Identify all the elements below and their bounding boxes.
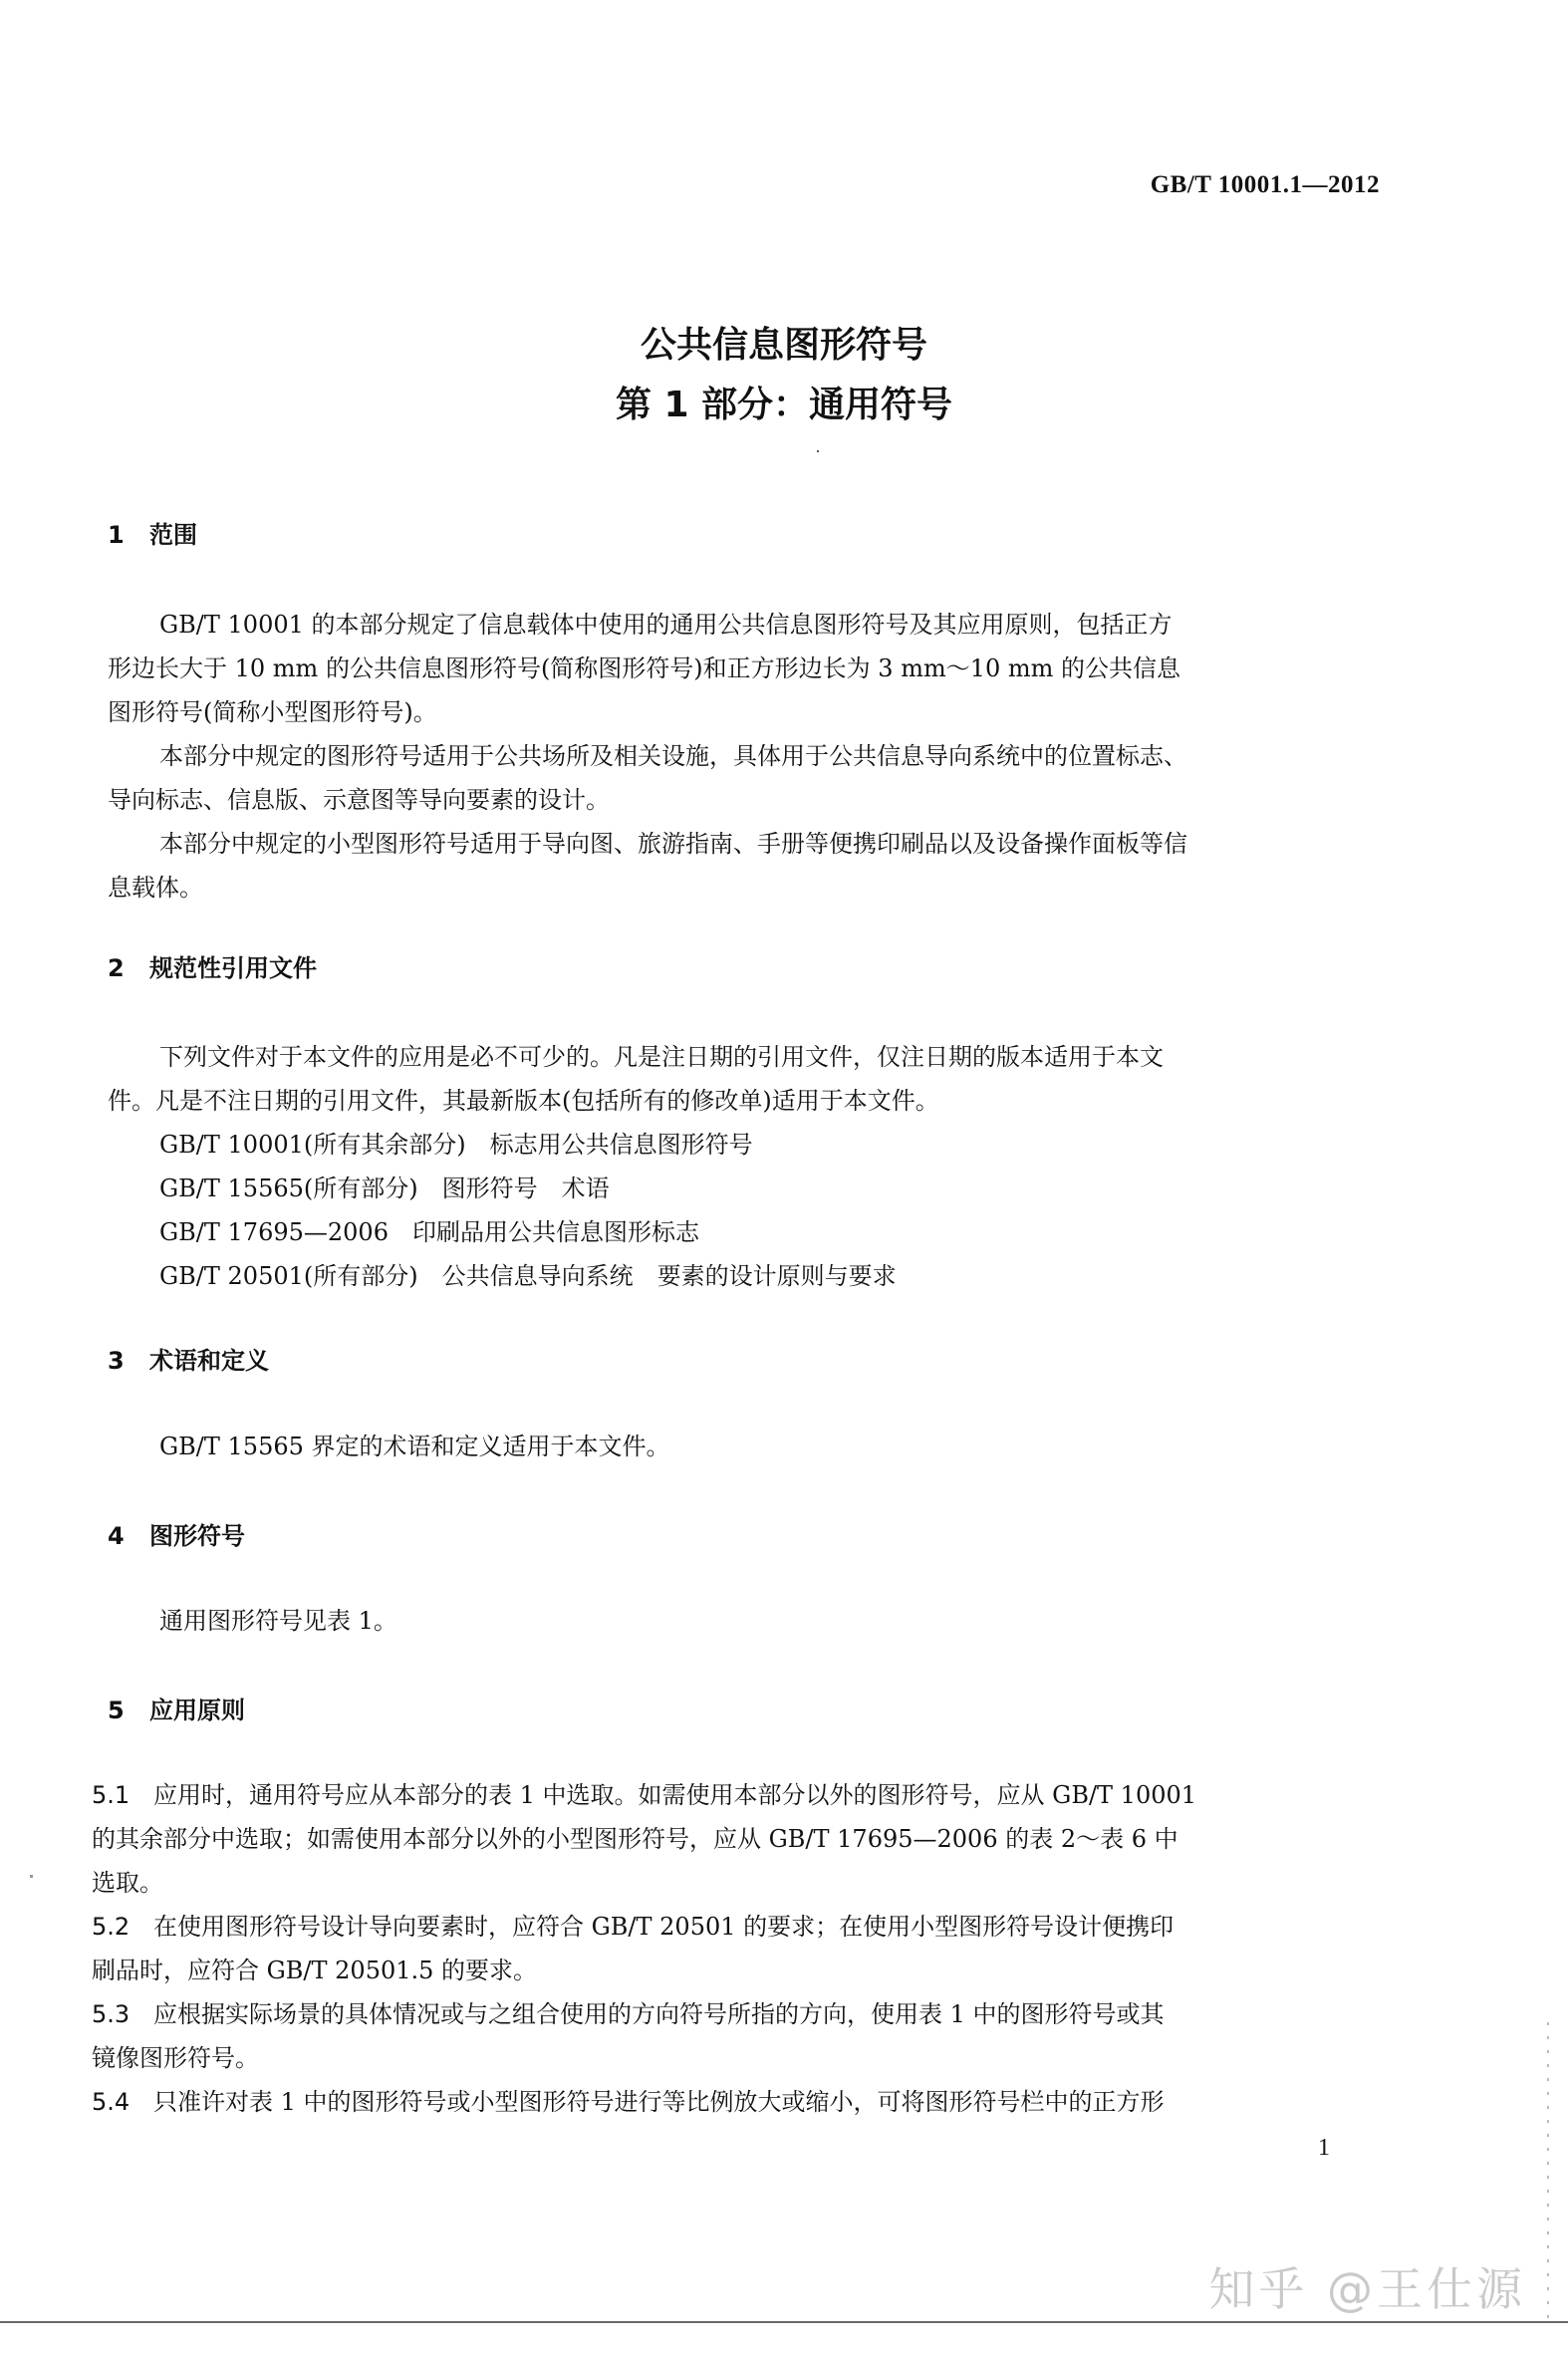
clause-number: 5.1: [92, 1781, 153, 1809]
scan-edge-artifact: [1547, 2022, 1549, 2321]
clause-5-4: 5.4只准许对表 1 中的图形符号或小型图形符号进行等比例放大或缩小，可将图形符…: [92, 2082, 1165, 2117]
watermark: 知乎 @王仕源: [1208, 2253, 1526, 2319]
section-heading-3: 3术语和定义: [108, 1341, 269, 1376]
clause-line: 选取。: [92, 1863, 163, 1898]
clause-line: 刷品时，应符合 GB/T 20501.5 的要求。: [92, 1951, 537, 1985]
section-title: 应用原则: [149, 1697, 245, 1724]
paragraph-line: 通用图形符号见表 1。: [159, 1601, 397, 1636]
clause-line: 在使用图形符号设计导向要素时，应符合 GB/T 20501 的要求；在使用小型图…: [153, 1913, 1174, 1941]
section-number: 1: [108, 521, 149, 549]
clause-5-1: 5.1应用时，通用符号应从本部分的表 1 中选取。如需使用本部分以外的图形符号，…: [92, 1775, 1196, 1810]
clause-line: 只准许对表 1 中的图形符号或小型图形符号进行等比例放大或缩小，可将图形符号栏中…: [153, 2088, 1165, 2116]
section-heading-4: 4图形符号: [108, 1516, 245, 1551]
section-heading-2: 2规范性引用文件: [108, 948, 317, 983]
page-bottom-edge: [0, 2321, 1568, 2323]
paragraph-line: 形边长大于 10 mm 的公共信息图形符号(简称图形符号)和正方形边长为 3 m…: [108, 649, 1180, 683]
section-number: 3: [108, 1347, 149, 1375]
paragraph-line: 下列文件对于本文件的应用是必不可少的。凡是注日期的引用文件，仅注日期的版本适用于…: [159, 1037, 1164, 1072]
document-title: 公共信息图形符号: [0, 317, 1568, 368]
paragraph-line: GB/T 10001 的本部分规定了信息载体中使用的通用公共信息图形符号及其应用…: [159, 605, 1173, 640]
paragraph-line: 本部分中规定的图形符号适用于公共场所及相关设施，具体用于公共信息导向系统中的位置…: [159, 736, 1187, 771]
section-title: 规范性引用文件: [149, 954, 317, 982]
clause-number: 5.2: [92, 1913, 153, 1941]
standard-code: GB/T 10001.1—2012: [1151, 171, 1380, 199]
clause-number: 5.3: [92, 2000, 153, 2028]
paragraph-line: 件。凡是不注日期的引用文件，其最新版本(包括所有的修改单)适用于本文件。: [108, 1081, 939, 1116]
section-heading-1: 1范围: [108, 515, 197, 550]
section-title: 术语和定义: [149, 1347, 269, 1375]
paragraph-line: 图形符号(简称小型图形符号)。: [108, 692, 437, 727]
page-number: 1: [1318, 2135, 1330, 2162]
reference-item: GB/T 15565(所有部分) 图形符号 术语: [159, 1169, 610, 1203]
scan-speck: [30, 1875, 33, 1878]
paragraph-line: GB/T 15565 界定的术语和定义适用于本文件。: [159, 1427, 670, 1461]
paragraph-line: 息载体。: [108, 868, 203, 903]
clause-line: 应用时，通用符号应从本部分的表 1 中选取。如需使用本部分以外的图形符号，应从 …: [153, 1781, 1196, 1809]
section-title: 图形符号: [149, 1522, 245, 1550]
section-heading-5: 5应用原则: [108, 1691, 245, 1725]
reference-item: GB/T 10001(所有其余部分) 标志用公共信息图形符号: [159, 1125, 753, 1160]
section-title: 范围: [149, 521, 197, 549]
reference-item: GB/T 17695—2006 印刷品用公共信息图形标志: [159, 1212, 699, 1247]
clause-line: 镜像图形符号。: [92, 2038, 259, 2073]
scan-speck: [817, 450, 819, 452]
section-number: 4: [108, 1522, 149, 1550]
reference-item: GB/T 20501(所有部分) 公共信息导向系统 要素的设计原则与要求: [159, 1256, 897, 1291]
clause-5-2: 5.2在使用图形符号设计导向要素时，应符合 GB/T 20501 的要求；在使用…: [92, 1907, 1174, 1942]
clause-line: 应根据实际场景的具体情况或与之组合使用的方向符号所指的方向，使用表 1 中的图形…: [153, 2000, 1165, 2028]
document-subtitle: 第 1 部分：通用符号: [0, 377, 1568, 427]
paragraph-line: 本部分中规定的小型图形符号适用于导向图、旅游指南、手册等便携印刷品以及设备操作面…: [159, 824, 1187, 859]
paragraph-line: 导向标志、信息版、示意图等导向要素的设计。: [108, 780, 610, 815]
section-number: 2: [108, 954, 149, 982]
section-number: 5: [108, 1697, 149, 1724]
clause-number: 5.4: [92, 2088, 153, 2116]
clause-5-3: 5.3应根据实际场景的具体情况或与之组合使用的方向符号所指的方向，使用表 1 中…: [92, 1994, 1165, 2029]
clause-line: 的其余部分中选取；如需使用本部分以外的小型图形符号，应从 GB/T 17695—…: [92, 1819, 1178, 1854]
